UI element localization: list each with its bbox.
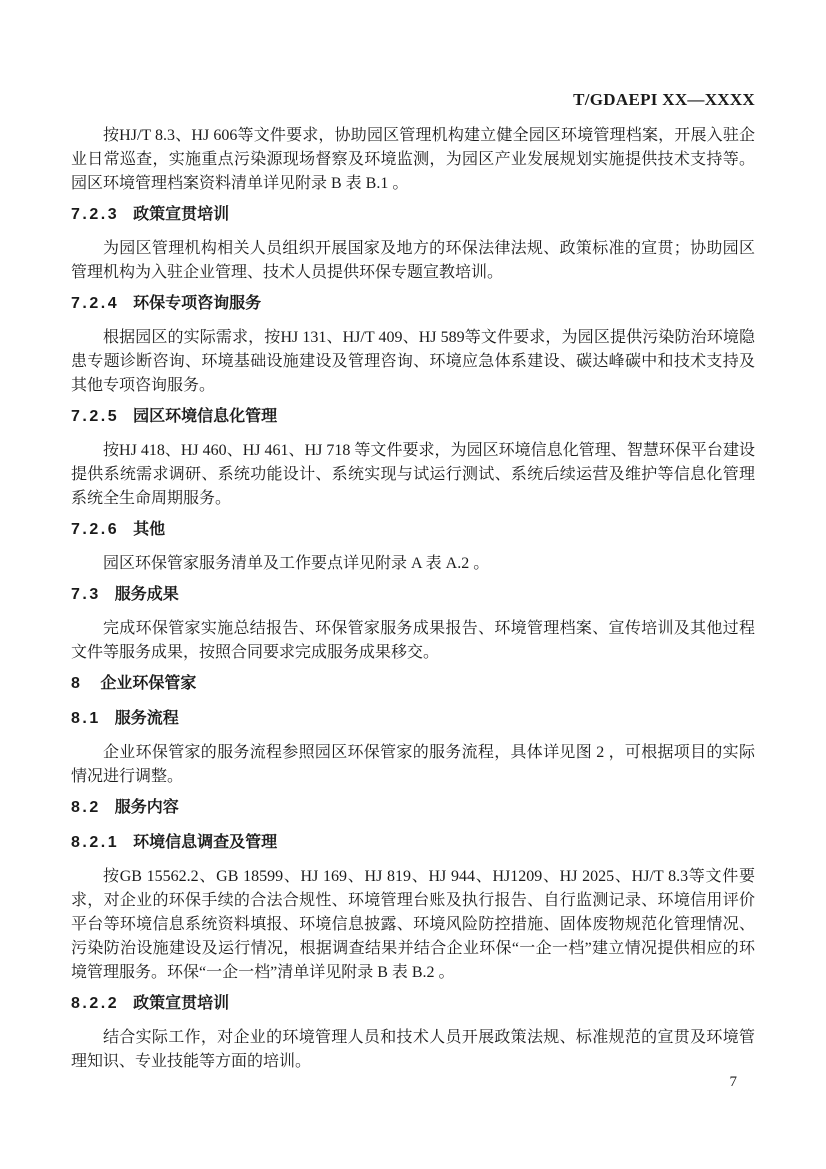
- section-number: 7.2.4: [71, 295, 119, 312]
- section-heading: 8.1服务流程: [71, 706, 755, 731]
- section-heading: 7.2.4环保专项咨询服务: [71, 291, 755, 316]
- page-number: 7: [730, 1072, 738, 1092]
- section-heading: 8.2服务内容: [71, 795, 755, 820]
- section-heading: 8.2.1环境信息调查及管理: [71, 830, 755, 855]
- section-title: 服务流程: [115, 708, 179, 727]
- section-heading: 7.2.6其他: [71, 517, 755, 542]
- section-heading: 8企业环保管家: [71, 671, 755, 696]
- paragraph: 根据园区的实际需求，按HJ 131、HJ/T 409、HJ 589等文件要求，为…: [71, 326, 755, 398]
- paragraph: 结合实际工作，对企业的环境管理人员和技术人员开展政策法规、标准规范的宣贯及环境管…: [71, 1026, 755, 1074]
- section-number: 7.2.6: [71, 521, 119, 538]
- section-title: 服务成果: [115, 584, 179, 603]
- paragraph: 按HJ/T 8.3、HJ 606等文件要求，协助园区管理机构建立健全园区环境管理…: [71, 124, 755, 196]
- section-heading: 7.3服务成果: [71, 582, 755, 607]
- paragraph: 园区环保管家服务清单及工作要点详见附录 A 表 A.2 。: [71, 552, 755, 576]
- section-title: 企业环保管家: [100, 673, 196, 692]
- paragraph: 完成环保管家实施总结报告、环保管家服务成果报告、环境管理档案、宣传培训及其他过程…: [71, 617, 755, 665]
- section-title: 环保专项咨询服务: [133, 293, 261, 312]
- document-page: T/GDAEPI XX—XXXX 按HJ/T 8.3、HJ 606等文件要求，协…: [0, 0, 826, 1169]
- section-title: 其他: [133, 519, 165, 538]
- section-number: 8: [71, 675, 82, 692]
- section-title: 服务内容: [115, 797, 179, 816]
- paragraph: 按GB 15562.2、GB 18599、HJ 169、HJ 819、HJ 94…: [71, 865, 755, 985]
- section-title: 园区环境信息化管理: [133, 406, 277, 425]
- section-heading: 8.2.2政策宣贯培训: [71, 991, 755, 1016]
- section-title: 环境信息调查及管理: [133, 832, 277, 851]
- document-body: 按HJ/T 8.3、HJ 606等文件要求，协助园区管理机构建立健全园区环境管理…: [71, 124, 755, 1074]
- paragraph: 按HJ 418、HJ 460、HJ 461、HJ 718 等文件要求，为园区环境…: [71, 439, 755, 511]
- section-title: 政策宣贯培训: [133, 993, 229, 1012]
- section-number: 8.2: [71, 799, 101, 816]
- paragraph: 为园区管理机构相关人员组织开展国家及地方的环保法律法规、政策标准的宣贯；协助园区…: [71, 237, 755, 285]
- section-number: 7.2.5: [71, 408, 119, 425]
- section-heading: 7.2.5园区环境信息化管理: [71, 404, 755, 429]
- section-number: 8.2.2: [71, 995, 119, 1012]
- section-number: 8.1: [71, 710, 101, 727]
- section-number: 7.3: [71, 586, 101, 603]
- section-heading: 7.2.3政策宣贯培训: [71, 202, 755, 227]
- section-number: 7.2.3: [71, 206, 119, 223]
- section-title: 政策宣贯培训: [133, 204, 229, 223]
- standard-code-header: T/GDAEPI XX—XXXX: [71, 90, 755, 110]
- paragraph: 企业环保管家的服务流程参照园区环保管家的服务流程，具体详见图 2 ，可根据项目的…: [71, 741, 755, 789]
- section-number: 8.2.1: [71, 834, 119, 851]
